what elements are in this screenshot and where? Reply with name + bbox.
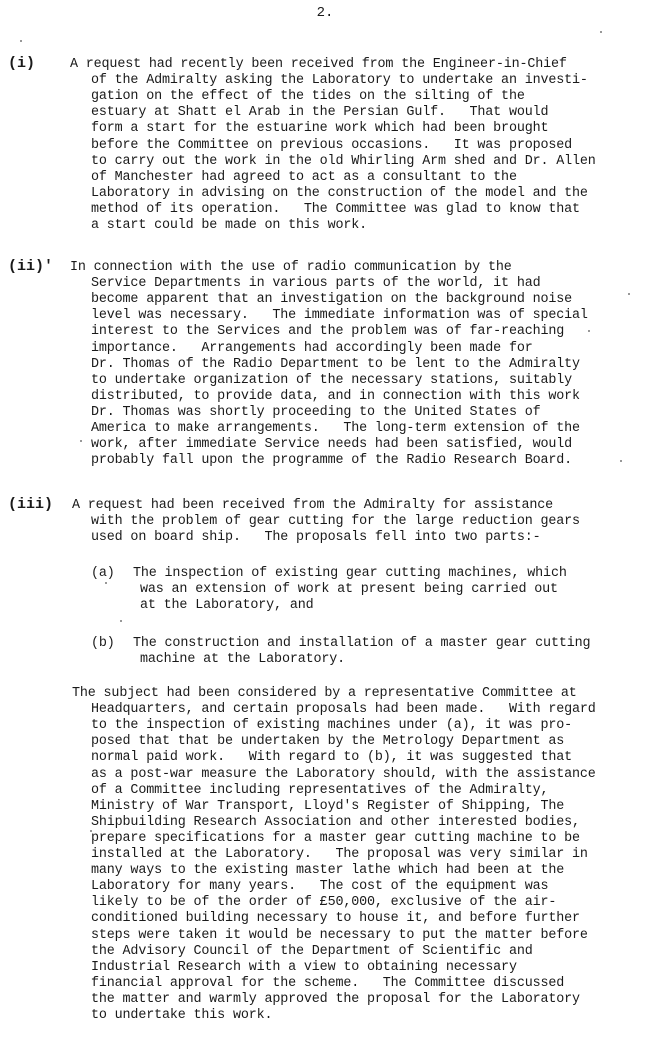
text-line: Ministry of War Transport, Lloyd's Regis… [91, 799, 564, 815]
text-line: Industrial Research with a view to obtai… [91, 960, 517, 976]
text-line: to undertake organization of the necessa… [91, 373, 572, 389]
scan-speck [20, 40, 22, 42]
section-label-i: (i) [8, 55, 35, 73]
text-line: as a post-war measure the Laboratory sho… [91, 767, 596, 783]
text-line: of Manchester had agreed to act as a con… [91, 170, 517, 186]
scan-speck [104, 740, 106, 742]
text-line: Dr. Thomas was shortly proceeding to the… [91, 405, 541, 421]
text-line: A request had recently been received fro… [70, 57, 567, 73]
text-line: (a) [91, 566, 115, 582]
text-line: Laboratory for many years. The cost of t… [91, 879, 548, 895]
text-line: to undertake this work. [91, 1008, 272, 1024]
text-line: installed at the Laboratory. The proposa… [91, 847, 588, 863]
text-line: Service Departments in various parts of … [91, 276, 541, 292]
scan-speck [620, 460, 622, 462]
text-line: Dr. Thomas of the Radio Department to be… [91, 357, 580, 373]
text-line: gation on the effect of the tides on the… [91, 89, 525, 105]
text-line: at the Laboratory, and [140, 598, 314, 614]
text-line: the matter and warmly approved the propo… [91, 992, 580, 1008]
page-number: 2. [0, 4, 650, 22]
text-line: of a Committee including representatives… [91, 783, 548, 799]
text-line: Shipbuilding Research Association and ot… [91, 815, 580, 831]
text-line: steps were taken it would be necessary t… [91, 928, 588, 944]
text-line: The inspection of existing gear cutting … [133, 566, 567, 582]
text-line: estuary at Shatt el Arab in the Persian … [91, 105, 548, 121]
scan-speck [90, 830, 92, 832]
text-line: interest to the Services and the problem… [91, 324, 564, 340]
text-line: The subject had been considered by a rep… [72, 686, 577, 702]
scan-speck [600, 31, 602, 33]
text-line: the Advisory Council of the Department o… [91, 944, 533, 960]
text-line: likely to be of the order of £50,000, ex… [91, 895, 556, 911]
text-line: before the Committee on previous occasio… [91, 138, 572, 154]
text-line: conditioned building necessary to house … [91, 911, 580, 927]
text-line: The construction and installation of a m… [133, 636, 590, 652]
text-line: machine at the Laboratory. [140, 652, 345, 668]
text-line: with the problem of gear cutting for the… [91, 514, 580, 530]
text-line: (b) [91, 636, 115, 652]
text-line: In connection with the use of radio comm… [70, 260, 512, 276]
scan-speck [628, 293, 630, 295]
text-line: to carry out the work in the old Whirlin… [91, 154, 596, 170]
text-line: become apparent that an investigation on… [91, 292, 572, 308]
scan-speck [80, 440, 82, 442]
text-line: posed that that be undertaken by the Met… [91, 734, 564, 750]
text-line: many ways to the existing master lathe w… [91, 863, 564, 879]
scan-speck [120, 620, 122, 622]
text-line: work, after immediate Service needs had … [91, 437, 572, 453]
text-line: used on board ship. The proposals fell i… [91, 530, 541, 546]
text-line: prepare specifications for a master gear… [91, 831, 580, 847]
text-line: level was necessary. The immediate infor… [91, 308, 588, 324]
scan-speck [105, 582, 107, 584]
section-label-iii: (iii) [8, 496, 53, 514]
text-line: of the Admiralty asking the Laboratory t… [91, 73, 588, 89]
scan-speck [588, 330, 590, 332]
text-line: form a start for the estuarine work whic… [91, 121, 548, 137]
text-line: normal paid work. With regard to (b), it… [91, 750, 572, 766]
text-line: to the inspection of existing machines u… [91, 718, 572, 734]
text-line: distributed, to provide data, and in con… [91, 389, 580, 405]
text-line: financial approval for the scheme. The C… [91, 976, 564, 992]
text-line: Laboratory in advising on the constructi… [91, 186, 588, 202]
text-line: A request had been received from the Adm… [72, 498, 553, 514]
text-line: was an extension of work at present bein… [140, 582, 558, 598]
text-line: Headquarters, and certain proposals had … [91, 702, 596, 718]
text-line: America to make arrangements. The long-t… [91, 421, 580, 437]
text-line: importance. Arrangements had accordingly… [91, 341, 533, 357]
text-line: a start could be made on this work. [91, 218, 367, 234]
text-line: probably fall upon the programme of the … [91, 453, 572, 469]
section-label-ii: (ii)' [8, 258, 53, 276]
text-line: method of its operation. The Committee w… [91, 202, 580, 218]
